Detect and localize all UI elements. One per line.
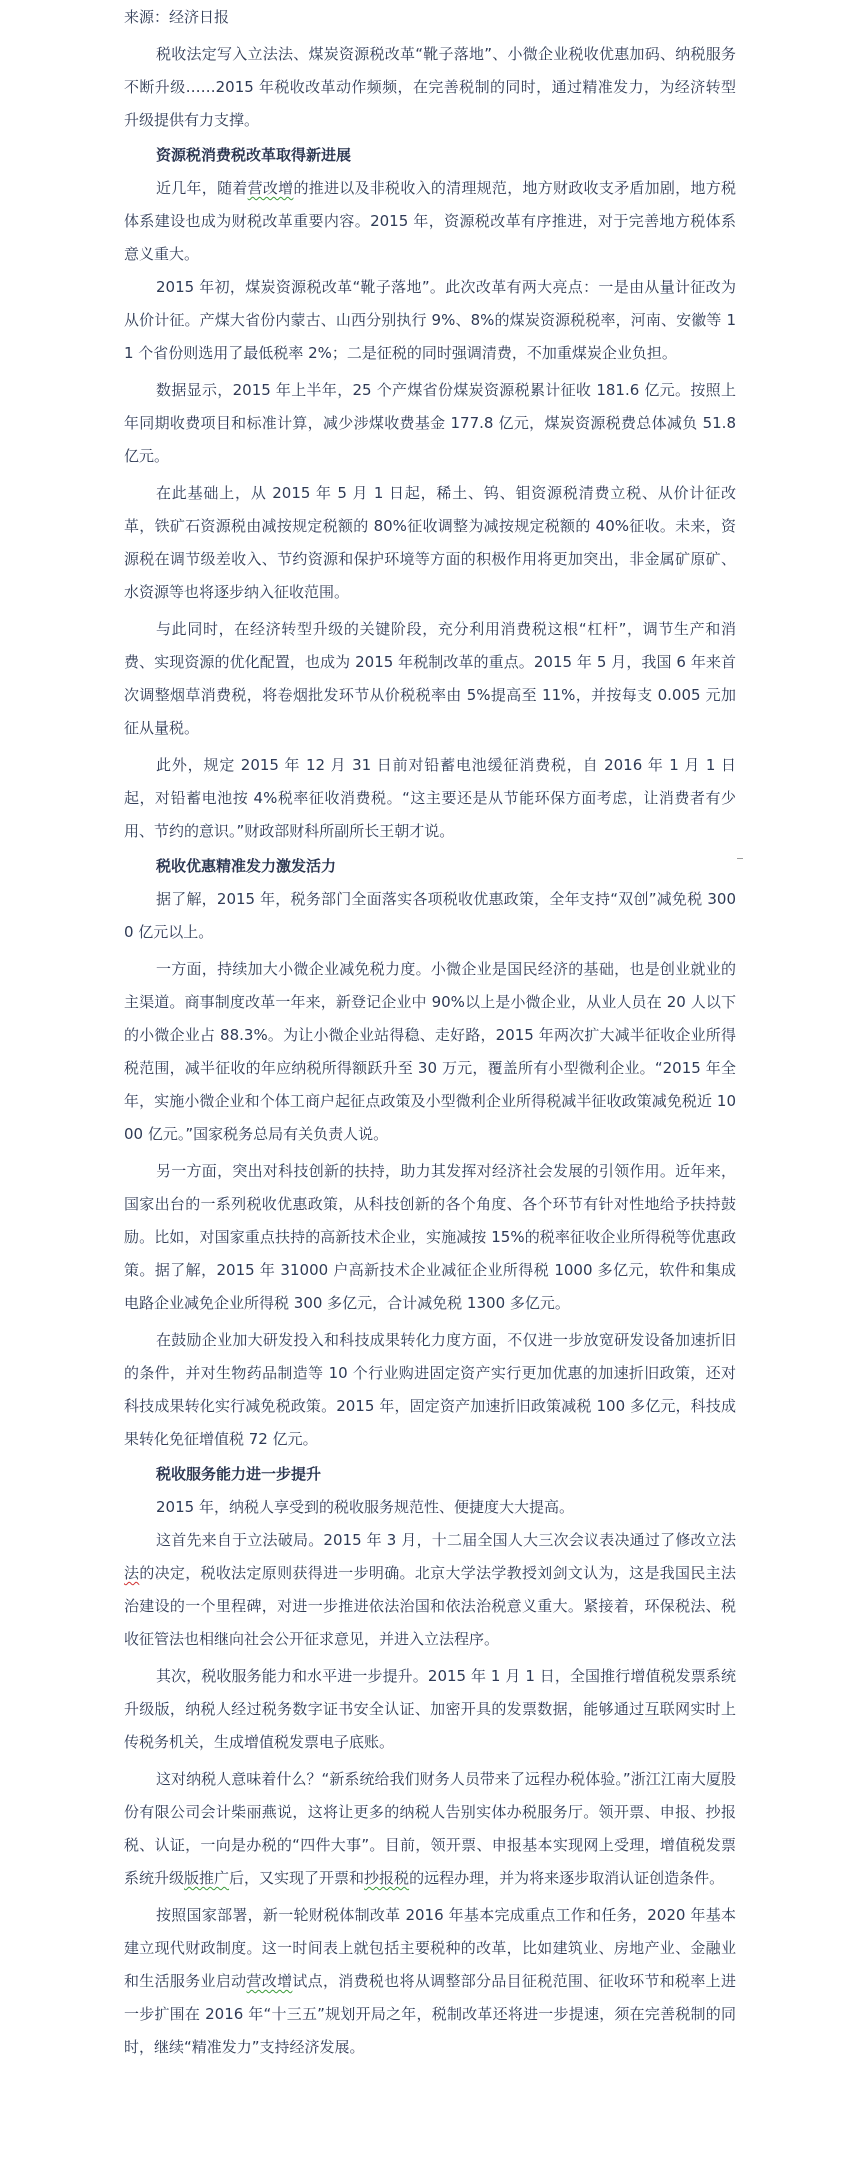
grammar-flagged-word: 抄报税 [364,1869,409,1887]
grammar-flagged-word: 版推广 [184,1869,229,1887]
grammar-flagged-word: 营改增 [248,179,294,197]
paragraph-text: 的远程办理，并为将来逐步取消认证创造条件。 [409,1869,724,1887]
paragraph: 在鼓励企业加大研发投入和科技成果转化力度方面，不仅进一步放宽研发设备加速折旧的条… [124,1324,736,1456]
paragraph: 与此同时，在经济转型升级的关键阶段，充分利用消费税这根“杠杆”，调节生产和消费、… [124,613,736,745]
paragraph: 按照国家部署，新一轮财税体制改革 2016 年基本完成重点工作和任务，2020 … [124,1899,736,2064]
text-cursor-mark [737,858,743,859]
article-document: 来源：经济日报 税收法定写入立法法、煤炭资源税改革“靴子落地”、小微企业税收优惠… [124,0,736,2064]
article-intro: 税收法定写入立法法、煤炭资源税改革“靴子落地”、小微企业税收优惠加码、纳税服务不… [124,38,736,137]
paragraph-text: 这首先来自于立法破局。2015 年 3 月，十二届全国人大三次会议表决通过了修改… [156,1531,736,1549]
paragraph: 据了解，2015 年，税务部门全面落实各项税收优惠政策，全年支持“双创”减免税 … [124,883,736,949]
paragraph: 一方面，持续加大小微企业减免税力度。小微企业是国民经济的基础，也是创业就业的主渠… [124,953,736,1151]
paragraph: 在此基础上，从 2015 年 5 月 1 日起，稀土、钨、钼资源税清费立税、从价… [124,477,736,609]
paragraph: 此外，规定 2015 年 12 月 31 日前对铅蓄电池缓征消费税，自 2016… [124,749,736,848]
spelling-flagged-word: 法 [124,1564,139,1582]
section-heading-tax-service: 税收服务能力进一步提升 [124,1458,736,1491]
paragraph: 近几年，随着营改增的推进以及非税收入的清理规范，地方财政收支矛盾加剧，地方税体系… [124,172,736,271]
paragraph-text: 近几年，随着 [156,179,248,197]
paragraph: 数据显示，2015 年上半年，25 个产煤省份煤炭资源税累计征收 181.6 亿… [124,374,736,473]
section-heading-resource-consumption-tax: 资源税消费税改革取得新进展 [124,139,736,172]
paragraph-text: 的决定，税收法定原则获得进一步明确。北京大学法学教授刘剑文认为，这是我国民主法治… [124,1564,736,1648]
paragraph: 其次，税收服务能力和水平进一步提升。2015 年 1 月 1 日，全国推行增值税… [124,1660,736,1759]
paragraph: 2015 年，纳税人享受到的税收服务规范性、便捷度大大提高。 [124,1491,736,1524]
paragraph: 这首先来自于立法破局。2015 年 3 月，十二届全国人大三次会议表决通过了修改… [124,1524,736,1656]
grammar-flagged-word: 营改增 [246,1972,292,1990]
paragraph: 另一方面，突出对科技创新的扶持，助力其发挥对经济社会发展的引领作用。近年来，国家… [124,1155,736,1320]
section-heading-tax-incentives: 税收优惠精准发力激发活力 [124,850,736,883]
article-source: 来源：经济日报 [124,1,736,34]
paragraph: 2015 年初，煤炭资源税改革“靴子落地”。此次改革有两大亮点：一是由从量计征改… [124,271,736,370]
paragraph: 这对纳税人意味着什么？“新系统给我们财务人员带来了远程办税体验。”浙江江南大厦股… [124,1763,736,1895]
paragraph-text: 后，又实现了开票和 [229,1869,364,1887]
